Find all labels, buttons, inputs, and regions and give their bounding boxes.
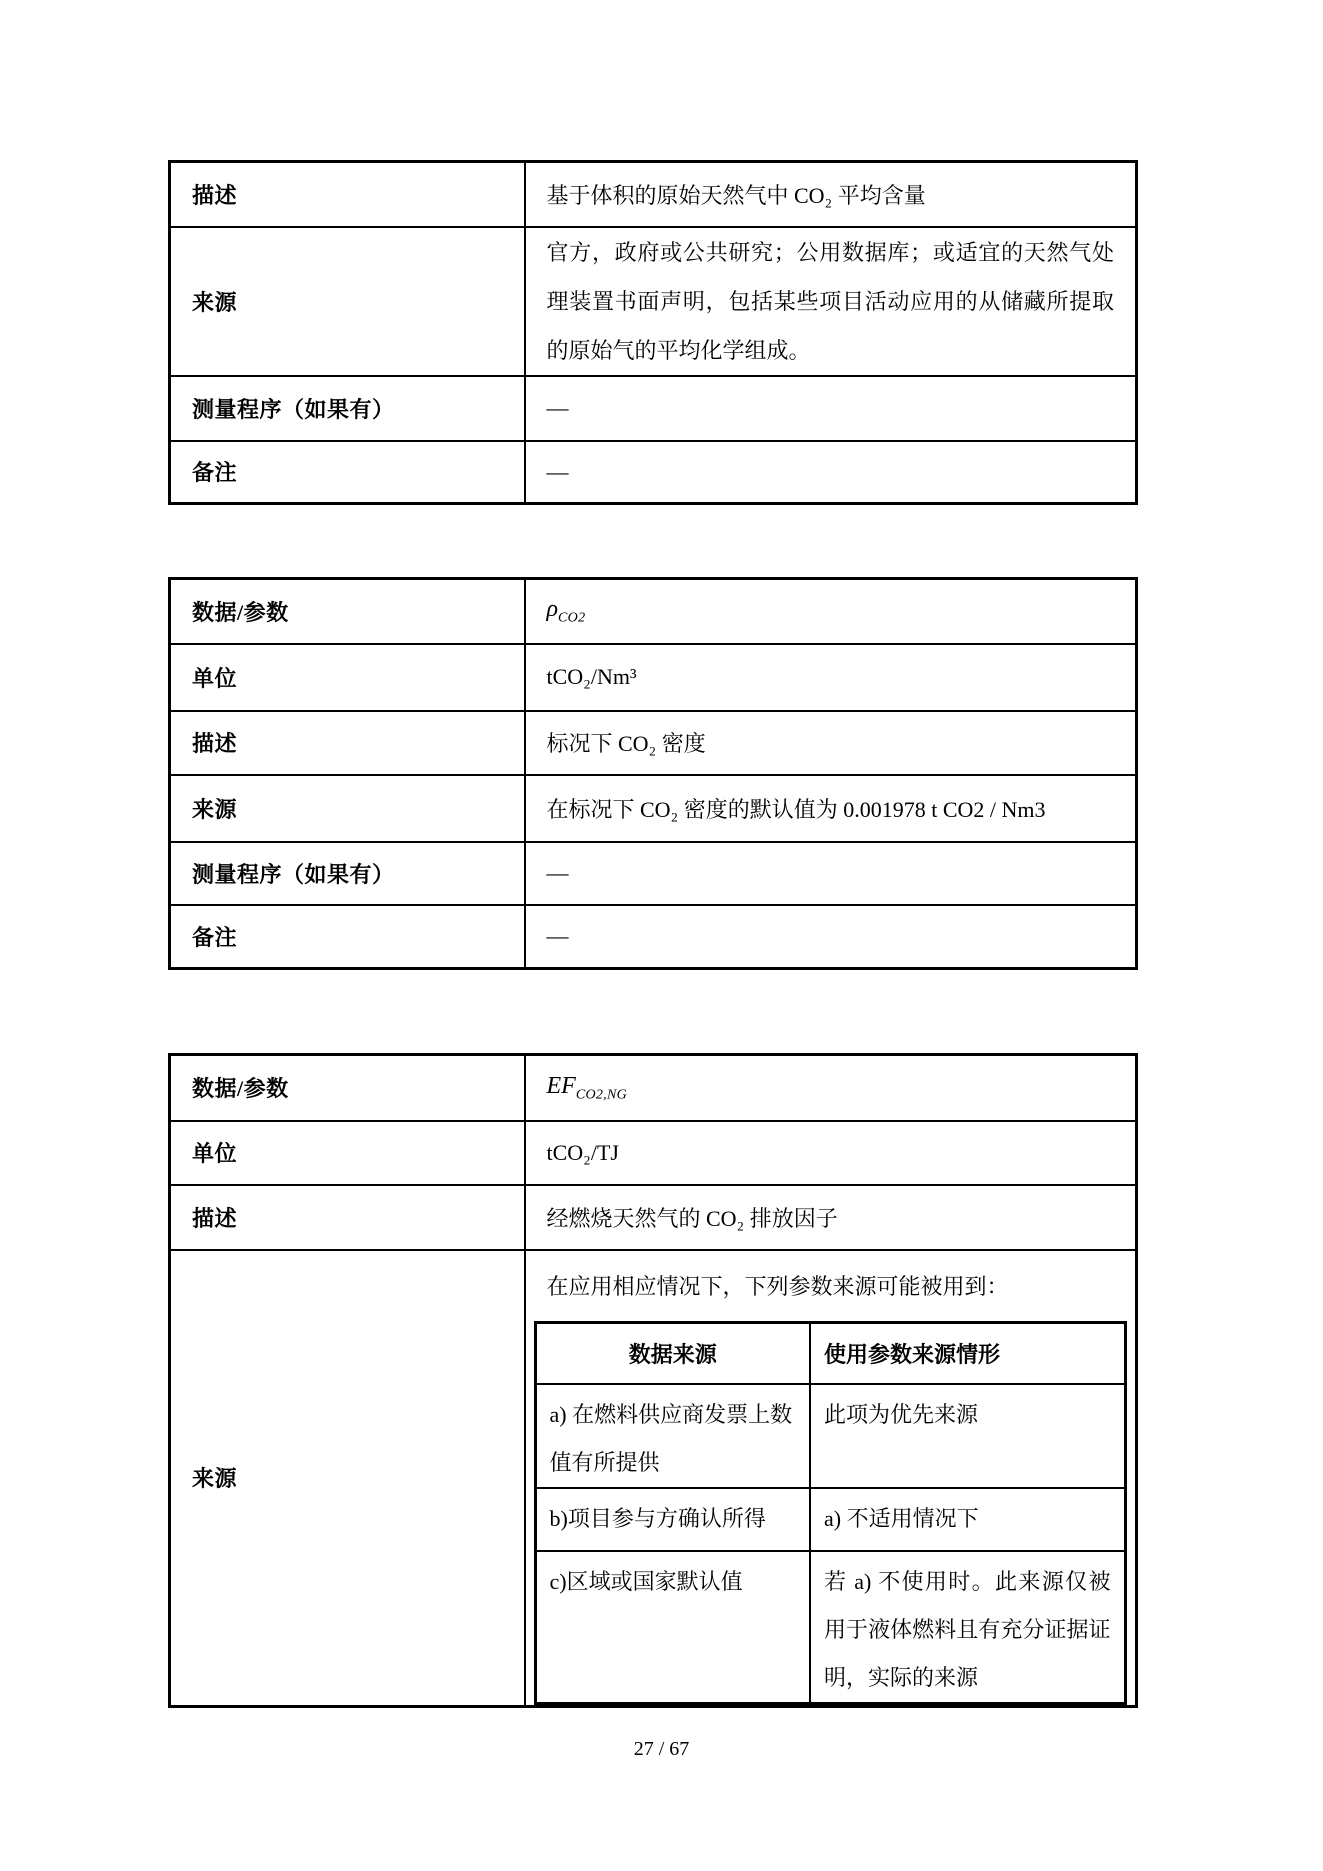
table-row: 单位 tCO₂/Nm³ xyxy=(170,644,1137,711)
nested-cell-case-a: 此项为优先来源 xyxy=(810,1384,1125,1488)
row-label-description: 描述 xyxy=(170,711,525,775)
row-label-measurement: 测量程序（如果有） xyxy=(170,376,525,441)
nested-header-usage-case: 使用参数来源情形 xyxy=(810,1322,1125,1384)
row-value-parameter: ρCO2 xyxy=(525,579,1137,644)
nested-cell-case-b: a) 不适用情况下 xyxy=(810,1488,1125,1551)
row-label-description: 描述 xyxy=(170,1185,525,1250)
row-label-source: 来源 xyxy=(170,775,525,842)
row-value-description: 标况下 CO₂ 密度 xyxy=(525,711,1137,775)
parameter-table-3: 数据/参数 EFCO2,NG 单位 tCO₂/TJ 描述 经燃烧天然气的 CO₂… xyxy=(168,1053,1138,1708)
document-page: 描述 基于体积的原始天然气中 CO₂ 平均含量 来源 官方，政府或公共研究；公用… xyxy=(0,0,1323,1871)
row-label-measurement: 测量程序（如果有） xyxy=(170,842,525,905)
table-row: 备注 — xyxy=(170,441,1137,504)
nested-header-data-source: 数据来源 xyxy=(535,1322,810,1384)
parameter-subscript: CO2,NG xyxy=(576,1087,627,1102)
table-row: 来源 在应用相应情况下，下列参数来源可能被用到： 数据来源 使用参数来源情形 a… xyxy=(170,1250,1137,1707)
parameter-table-2: 数据/参数 ρCO2 单位 tCO₂/Nm³ 描述 标况下 CO₂ 密度 来源 … xyxy=(168,577,1138,970)
table-row: 备注 — xyxy=(170,905,1137,969)
row-label-unit: 单位 xyxy=(170,1121,525,1185)
nested-cell-case-c: 若 a) 不使用时。此来源仅被用于液体燃料且有充分证据证明，实际的来源 xyxy=(810,1551,1125,1704)
nested-cell-source-a: a) 在燃料供应商发票上数值有所提供 xyxy=(535,1384,810,1488)
nested-row-a: a) 在燃料供应商发票上数值有所提供 此项为优先来源 xyxy=(535,1384,1125,1488)
table-row: 数据/参数 ρCO2 xyxy=(170,579,1137,644)
row-label-unit: 单位 xyxy=(170,644,525,711)
table-row: 来源 官方，政府或公共研究；公用数据库；或适宜的天然气处理装置书面声明，包括某些… xyxy=(170,227,1137,376)
row-value-description: 经燃烧天然气的 CO₂ 排放因子 xyxy=(525,1185,1137,1250)
row-label-parameter: 数据/参数 xyxy=(170,579,525,644)
nested-row-c: c)区域或国家默认值 若 a) 不使用时。此来源仅被用于液体燃料且有充分证据证明… xyxy=(535,1551,1125,1704)
parameter-symbol: EF xyxy=(547,1073,576,1099)
parameter-symbol: ρ xyxy=(547,596,559,622)
nested-cell-source-c: c)区域或国家默认值 xyxy=(535,1551,810,1704)
nested-cell-source-b: b)项目参与方确认所得 xyxy=(535,1488,810,1551)
table-row: 来源 在标况下 CO₂ 密度的默认值为 0.001978 t CO2 / Nm3 xyxy=(170,775,1137,842)
row-label-remark: 备注 xyxy=(170,905,525,969)
row-label-description: 描述 xyxy=(170,162,525,227)
table-row: 描述 经燃烧天然气的 CO₂ 排放因子 xyxy=(170,1185,1137,1250)
parameter-subscript: CO2 xyxy=(558,610,585,625)
row-value-source: 在应用相应情况下，下列参数来源可能被用到： 数据来源 使用参数来源情形 a) 在… xyxy=(525,1250,1137,1707)
row-value-parameter: EFCO2,NG xyxy=(525,1055,1137,1121)
row-value-unit: tCO₂/TJ xyxy=(525,1121,1137,1185)
table-row: 描述 标况下 CO₂ 密度 xyxy=(170,711,1137,775)
row-label-remark: 备注 xyxy=(170,441,525,504)
row-value-remark: — xyxy=(525,441,1137,504)
table-row: 测量程序（如果有） — xyxy=(170,376,1137,441)
data-source-table: 数据来源 使用参数来源情形 a) 在燃料供应商发票上数值有所提供 此项为优先来源… xyxy=(534,1321,1127,1706)
row-label-source: 来源 xyxy=(170,1250,525,1707)
nested-header-row: 数据来源 使用参数来源情形 xyxy=(535,1322,1125,1384)
row-value-source: 官方，政府或公共研究；公用数据库；或适宜的天然气处理装置书面声明，包括某些项目活… xyxy=(525,227,1137,376)
table-row: 测量程序（如果有） — xyxy=(170,842,1137,905)
nested-row-b: b)项目参与方确认所得 a) 不适用情况下 xyxy=(535,1488,1125,1551)
row-value-description: 基于体积的原始天然气中 CO₂ 平均含量 xyxy=(525,162,1137,227)
parameter-table-1: 描述 基于体积的原始天然气中 CO₂ 平均含量 来源 官方，政府或公共研究；公用… xyxy=(168,160,1138,505)
row-value-remark: — xyxy=(525,905,1137,969)
row-value-measurement: — xyxy=(525,376,1137,441)
table-row: 单位 tCO₂/TJ xyxy=(170,1121,1137,1185)
row-value-measurement: — xyxy=(525,842,1137,905)
table-row: 数据/参数 EFCO2,NG xyxy=(170,1055,1137,1121)
row-value-source: 在标况下 CO₂ 密度的默认值为 0.001978 t CO2 / Nm3 xyxy=(525,775,1137,842)
page-number: 27 / 67 xyxy=(0,1738,1323,1761)
row-label-parameter: 数据/参数 xyxy=(170,1055,525,1121)
row-value-unit: tCO₂/Nm³ xyxy=(525,644,1137,711)
row-label-source: 来源 xyxy=(170,227,525,376)
source-intro-text: 在应用相应情况下，下列参数来源可能被用到： xyxy=(547,1251,1115,1307)
table-row: 描述 基于体积的原始天然气中 CO₂ 平均含量 xyxy=(170,162,1137,227)
